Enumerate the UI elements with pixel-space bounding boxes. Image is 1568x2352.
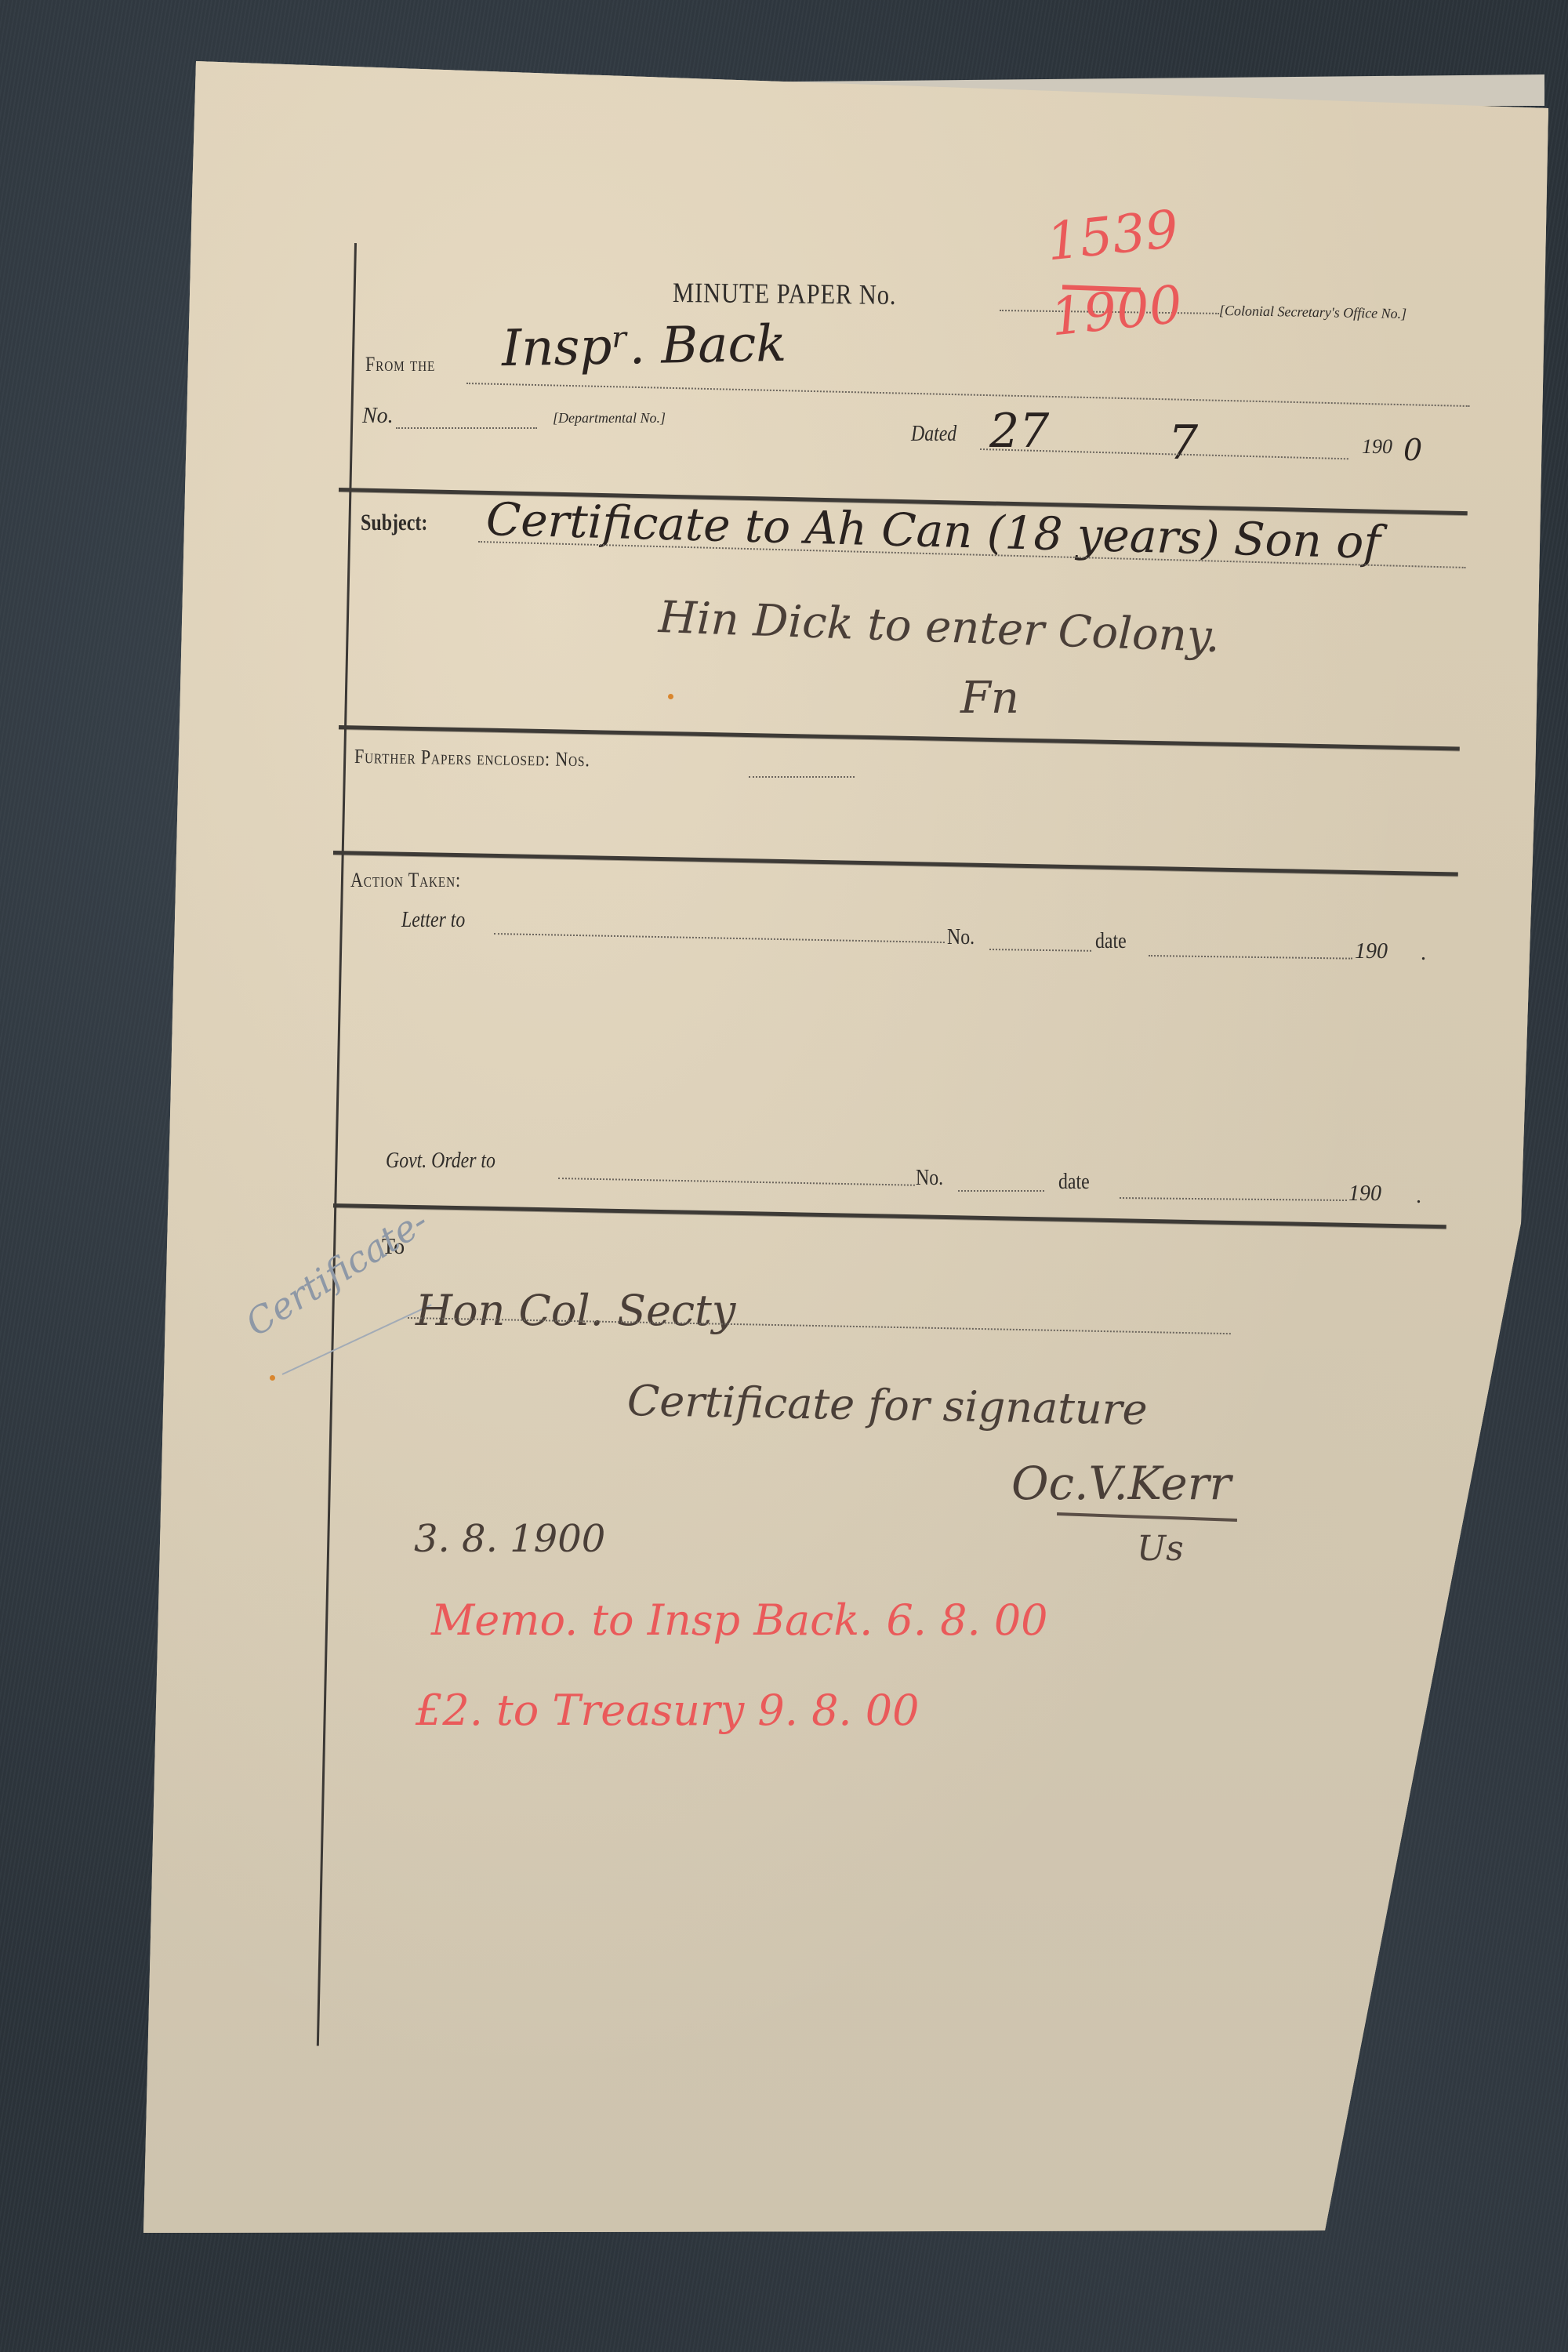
red-annotation-memo: Memo. to Insp Back. 6. 8. 00 (431, 1595, 1048, 1645)
subject-label: Subject: (361, 510, 427, 536)
govt-order-label: Govt. Order to (386, 1149, 495, 1174)
govt-date-label: date (1058, 1170, 1090, 1195)
letter-year: 190 (1355, 939, 1388, 964)
orange-margin-mark (270, 1375, 275, 1381)
letter-date-label: date (1095, 929, 1127, 954)
departmental-no-dots (396, 427, 537, 429)
from-label: From the (365, 353, 435, 376)
govt-year: 190 (1348, 1181, 1381, 1207)
colonial-secretary-office-note: [Colonial Secretary's Office No.] (1219, 303, 1407, 322)
dated-year-handwritten: 0 (1403, 433, 1422, 467)
departmental-no-note: [Departmental No.] (553, 410, 666, 426)
from-value: Inspʳ. Back (501, 315, 786, 378)
to-recipient: Hon Col. Secty (416, 1286, 735, 1335)
subject-initials: Fn (960, 673, 1019, 724)
further-papers-label: Further Papers enclosed: Nos. (354, 745, 590, 771)
letter-to-label: Letter to (401, 908, 465, 933)
govt-end: . (1416, 1184, 1421, 1209)
govt-no-field (958, 1190, 1044, 1192)
signature: Oc.V.Kerr (1011, 1457, 1231, 1510)
orange-mark (668, 694, 673, 699)
letter-end: . (1421, 941, 1426, 966)
to-message: Certificate for signature (626, 1376, 1148, 1435)
action-taken-label: Action Taken: (350, 869, 461, 892)
dated-year-printed: 190 (1362, 435, 1392, 459)
departmental-no-label: No. (362, 404, 394, 429)
govt-no-label: No. (916, 1166, 943, 1191)
to-date: 3. 8. 1900 (414, 1517, 605, 1561)
further-papers-dots (749, 776, 855, 778)
signature-sub: Us (1137, 1529, 1184, 1569)
minute-paper-title: MINUTE PAPER No. (673, 276, 897, 311)
letter-no-label: No. (947, 925, 975, 950)
dated-month: 7 (1168, 416, 1198, 470)
dated-label: Dated (911, 422, 956, 447)
red-annotation-treasury: £2. to Treasury 9. 8. 00 (416, 1686, 919, 1735)
